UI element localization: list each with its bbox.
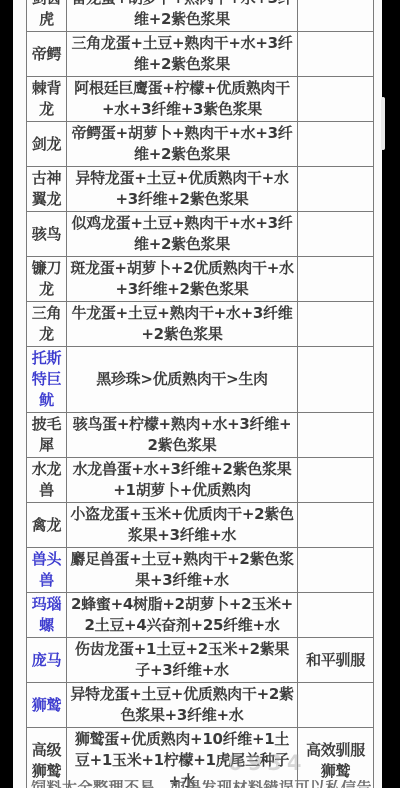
- recipe-cell: 狮鹫蛋+优质熟肉+10纤维+1土豆+1玉米+1柠檬+1虎尾兰种子+水: [67, 728, 298, 788]
- table-row: 狮鹫异特龙蛋+土豆+优质熟肉干+2紫色浆果+3纤维+水: [27, 683, 373, 728]
- note-cell: [298, 212, 373, 256]
- creature-name-cell: 棘背龙: [27, 77, 67, 121]
- recipe-cell: 异特龙蛋+土豆+优质熟肉干+2紫色浆果+3纤维+水: [67, 683, 298, 727]
- left-letterbox: [0, 0, 13, 788]
- table-row: 披毛犀骇鸟蛋+柠檬+熟肉+水+3纤维+2紫色浆果: [27, 413, 373, 458]
- recipe-cell: 似鸡龙蛋+土豆+熟肉干+水+3纤维+2紫色浆果: [67, 212, 298, 256]
- creature-name-cell: 庞马: [27, 638, 67, 682]
- creature-name-cell: 剑齿虎: [27, 0, 67, 31]
- creature-name-cell: 水龙兽: [27, 458, 67, 502]
- note-cell: [298, 548, 373, 592]
- note-cell: [298, 683, 373, 727]
- table-row: 剑齿虎雷龙蛋+胡萝卜+熟肉干+水+3纤维+2紫色浆果: [27, 0, 373, 32]
- recipe-cell: 伤齿龙蛋+1土豆+2玉米+2紫果子+3纤维+水: [67, 638, 298, 682]
- creature-name-cell: 狮鹫: [27, 683, 67, 727]
- note-cell: [298, 77, 373, 121]
- recipe-cell: 帝鳄蛋+胡萝卜+熟肉干+水+3纤维+2紫色浆果: [67, 122, 298, 166]
- note-cell: [298, 458, 373, 502]
- recipe-cell: 阿根廷巨鹰蛋+柠檬+优质熟肉干+水+3纤维+3紫色浆果: [67, 77, 298, 121]
- note-cell: [298, 257, 373, 301]
- creature-name-cell: 古神翼龙: [27, 167, 67, 211]
- recipe-cell: 斑龙蛋+胡萝卜+2优质熟肉干+水+3纤维+2紫色浆果: [67, 257, 298, 301]
- note-cell: [298, 413, 373, 457]
- content-panel: 剑齿虎雷龙蛋+胡萝卜+熟肉干+水+3纤维+2紫色浆果帝鳄三角龙蛋+土豆+熟肉干+…: [13, 0, 382, 788]
- table-row: 镰刀龙斑龙蛋+胡萝卜+2优质熟肉干+水+3纤维+2紫色浆果: [27, 257, 373, 302]
- creature-name-cell: 兽头兽: [27, 548, 67, 592]
- table-row: 兽头兽麝足兽蛋+土豆+熟肉干+2紫色浆果+3纤维+水: [27, 548, 373, 593]
- table-row: 三角龙牛龙蛋+土豆+熟肉干+水+3纤维+2紫色浆果: [27, 302, 373, 347]
- scrollbar-thumb[interactable]: [381, 97, 385, 150]
- recipe-cell: 骇鸟蛋+柠檬+熟肉+水+3纤维+2紫色浆果: [67, 413, 298, 457]
- recipe-cell: 牛龙蛋+土豆+熟肉干+水+3纤维+2紫色浆果: [67, 302, 298, 346]
- recipe-cell: 小盗龙蛋+玉米+优质肉干+2紫色浆果+3纤维+水: [67, 503, 298, 547]
- recipe-cell: 雷龙蛋+胡萝卜+熟肉干+水+3纤维+2紫色浆果: [67, 0, 298, 31]
- note-cell: [298, 593, 373, 637]
- table-row: 剑龙帝鳄蛋+胡萝卜+熟肉干+水+3纤维+2紫色浆果: [27, 122, 373, 167]
- creature-name-cell: 镰刀龙: [27, 257, 67, 301]
- note-cell: [298, 32, 373, 76]
- table-row: 托斯特巨鱿黑珍珠>优质熟肉干>生肉: [27, 347, 373, 413]
- table-row: 高级狮鹫狮鹫蛋+优质熟肉+10纤维+1土豆+1玉米+1柠檬+1虎尾兰种子+水高效…: [27, 728, 373, 788]
- creature-name-cell: 剑龙: [27, 122, 67, 166]
- table-row: 玛瑙螺2蜂蜜+4树脂+2胡萝卜+2玉米+2土豆+4兴奋剂+25纤维+水: [27, 593, 373, 638]
- note-cell: [298, 0, 373, 31]
- bottom-caption-clipped: 饲料大全整理不易，如果发现材料错误可以私信告诉我: [31, 780, 371, 788]
- note-cell: 和平驯服: [298, 638, 373, 682]
- note-cell: [298, 167, 373, 211]
- note-cell: 高效驯服狮鹫: [298, 728, 373, 788]
- recipe-cell: 三角龙蛋+土豆+熟肉干+水+3纤维+2紫色浆果: [67, 32, 298, 76]
- recipe-cell: 异特龙蛋+土豆+优质熟肉干+水+3纤维+2紫色浆果: [67, 167, 298, 211]
- creature-name-cell: 玛瑙螺: [27, 593, 67, 637]
- note-cell: [298, 503, 373, 547]
- recipe-cell: 黑珍珠>优质熟肉干>生肉: [67, 347, 298, 412]
- table-row: 水龙兽水龙兽蛋+水+3纤维+2紫色浆果+1胡萝卜+优质熟肉: [27, 458, 373, 503]
- creature-name-cell: 托斯特巨鱿: [27, 347, 67, 412]
- table-row: 禽龙小盗龙蛋+玉米+优质肉干+2紫色浆果+3纤维+水: [27, 503, 373, 548]
- table-row: 庞马伤齿龙蛋+1土豆+2玉米+2紫果子+3纤维+水和平驯服: [27, 638, 373, 683]
- table-row: 古神翼龙异特龙蛋+土豆+优质熟肉干+水+3纤维+2紫色浆果: [27, 167, 373, 212]
- recipe-cell: 2蜂蜜+4树脂+2胡萝卜+2玉米+2土豆+4兴奋剂+25纤维+水: [67, 593, 298, 637]
- creature-name-cell: 帝鳄: [27, 32, 67, 76]
- note-cell: [298, 302, 373, 346]
- recipe-cell: 水龙兽蛋+水+3纤维+2紫色浆果+1胡萝卜+优质熟肉: [67, 458, 298, 502]
- creature-name-cell: 骇鸟: [27, 212, 67, 256]
- creature-name-cell: 高级狮鹫: [27, 728, 67, 788]
- table-row: 骇鸟似鸡龙蛋+土豆+熟肉干+水+3纤维+2紫色浆果: [27, 212, 373, 257]
- creature-name-cell: 披毛犀: [27, 413, 67, 457]
- creature-name-cell: 禽龙: [27, 503, 67, 547]
- kibble-recipe-table: 剑齿虎雷龙蛋+胡萝卜+熟肉干+水+3纤维+2紫色浆果帝鳄三角龙蛋+土豆+熟肉干+…: [26, 0, 374, 788]
- note-cell: [298, 122, 373, 166]
- table-row: 棘背龙阿根廷巨鹰蛋+柠檬+优质熟肉干+水+3纤维+3紫色浆果: [27, 77, 373, 122]
- creature-name-cell: 三角龙: [27, 302, 67, 346]
- table-row: 帝鳄三角龙蛋+土豆+熟肉干+水+3纤维+2紫色浆果: [27, 32, 373, 77]
- recipe-cell: 麝足兽蛋+土豆+熟肉干+2紫色浆果+3纤维+水: [67, 548, 298, 592]
- note-cell: [298, 347, 373, 412]
